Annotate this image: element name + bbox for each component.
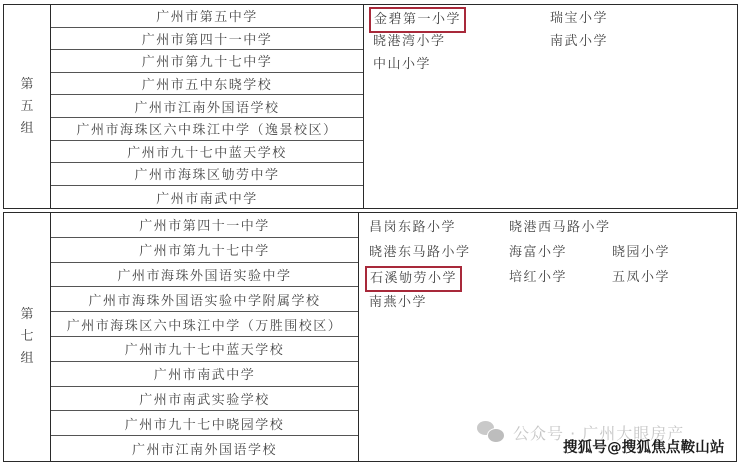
group-label-char: 第 bbox=[20, 74, 33, 96]
middle-school-row: 广州市第九十七中学 bbox=[51, 50, 363, 73]
primary-school: 五凤小学 bbox=[612, 269, 670, 287]
source-watermark: 搜狐号@搜狐焦点鞍山站 bbox=[563, 436, 725, 457]
middle-school-row: 广州市第四十一中学 bbox=[51, 213, 358, 238]
primary-school-list: 金碧第一小学 瑞宝小学 晓港湾小学 南武小学 中山小学 bbox=[364, 5, 737, 208]
primary-school: 晓港湾小学 bbox=[373, 33, 446, 51]
primary-school: 南武小学 bbox=[550, 33, 608, 51]
middle-school-row: 广州市江南外国语学校 bbox=[51, 436, 358, 461]
primary-school: 瑞宝小学 bbox=[550, 10, 608, 28]
middle-school-row: 广州市海珠外国语实验中学 bbox=[51, 263, 358, 288]
middle-school-row: 广州市九十七中蓝天学校 bbox=[51, 141, 363, 164]
group-5-table: 第 五 组 广州市第五中学 广州市第四十一中学 广州市第九十七中学 广州市五中东… bbox=[3, 4, 738, 209]
middle-school-row: 广州市海珠外国语实验中学附属学校 bbox=[51, 287, 358, 312]
middle-school-row: 广州市海珠区六中珠江中学（万胜围校区） bbox=[51, 312, 358, 337]
primary-school: 中山小学 bbox=[373, 56, 431, 74]
group-label-char: 第 bbox=[20, 304, 33, 326]
middle-school-row: 广州市第九十七中学 bbox=[51, 238, 358, 263]
primary-school: 晓园小学 bbox=[612, 244, 670, 262]
primary-school-highlighted: 石溪劬劳小学 bbox=[365, 266, 462, 292]
middle-school-row: 广州市第四十一中学 bbox=[51, 28, 363, 51]
middle-school-row: 广州市第五中学 bbox=[51, 5, 363, 28]
primary-school-highlighted: 金碧第一小学 bbox=[369, 7, 466, 33]
group-label: 第 七 组 bbox=[4, 213, 51, 461]
group-label-char: 组 bbox=[20, 348, 33, 370]
middle-school-row: 广州市五中东晓学校 bbox=[51, 73, 363, 96]
middle-school-row: 广州市江南外国语学校 bbox=[51, 95, 363, 118]
middle-school-list: 广州市第五中学 广州市第四十一中学 广州市第九十七中学 广州市五中东晓学校 广州… bbox=[51, 5, 364, 208]
middle-school-row: 广州市海珠区劬劳中学 bbox=[51, 163, 363, 186]
group-label-char: 七 bbox=[20, 326, 33, 348]
group-label-char: 五 bbox=[20, 96, 33, 118]
middle-school-row: 广州市南武中学 bbox=[51, 362, 358, 387]
primary-school: 培红小学 bbox=[509, 269, 567, 287]
primary-school: 海富小学 bbox=[509, 244, 567, 262]
primary-school: 南燕小学 bbox=[369, 294, 427, 312]
primary-school: 晓港东马路小学 bbox=[369, 244, 471, 262]
middle-school-row: 广州市南武中学 bbox=[51, 186, 363, 209]
middle-school-row: 广州市南武实验学校 bbox=[51, 387, 358, 412]
primary-school: 昌岗东路小学 bbox=[369, 219, 456, 237]
middle-school-row: 广州市海珠区六中珠江中学（逸景校区） bbox=[51, 118, 363, 141]
group-label: 第 五 组 bbox=[4, 5, 51, 208]
wechat-icon bbox=[477, 420, 505, 444]
group-label-char: 组 bbox=[20, 118, 33, 140]
middle-school-row: 广州市九十七中晓园学校 bbox=[51, 411, 358, 436]
middle-school-list: 广州市第四十一中学 广州市第九十七中学 广州市海珠外国语实验中学 广州市海珠外国… bbox=[51, 213, 359, 461]
middle-school-row: 广州市九十七中蓝天学校 bbox=[51, 337, 358, 362]
primary-school: 晓港西马路小学 bbox=[509, 219, 611, 237]
